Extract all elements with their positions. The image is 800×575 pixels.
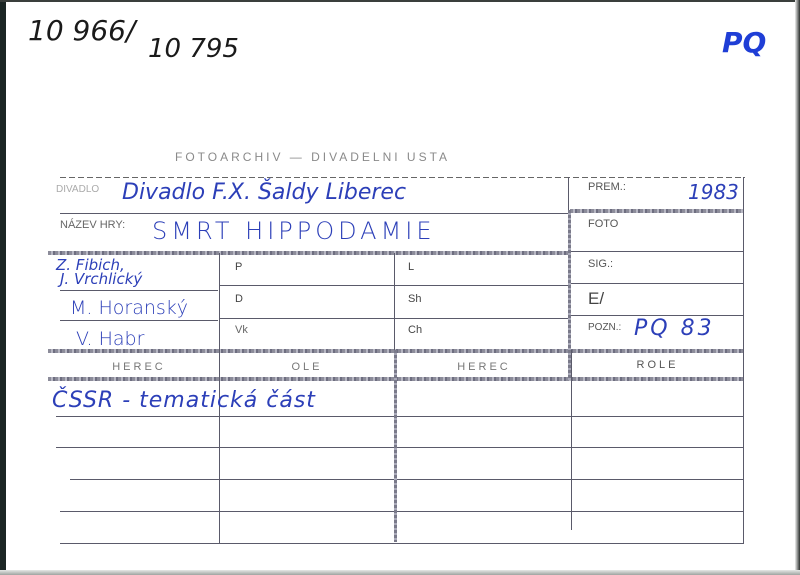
label-l: L: [408, 261, 414, 273]
label-sh: Sh: [408, 293, 421, 305]
table-right-divider: [571, 350, 572, 530]
prem-label: PREM.:: [588, 181, 626, 193]
nazev-value: SMRT HIPPODAMIE: [152, 217, 436, 245]
table-row-line-2: [56, 447, 744, 448]
mid-divider: [394, 253, 395, 350]
divadlo-row-line: [60, 213, 568, 214]
prem-left-divider: [568, 177, 569, 213]
label-vk: Vk: [235, 324, 248, 336]
corner-code: PQ: [722, 26, 766, 59]
credit-row-line-1: [60, 290, 218, 291]
pozn-label: POZN.:: [588, 322, 621, 333]
table-header-herec-2: HEREC: [397, 361, 571, 373]
label-p: P: [235, 261, 242, 273]
table-row-line-4: [60, 511, 744, 512]
table-bottom-line: [60, 543, 744, 544]
credit-author: J. Vrchlický: [60, 270, 142, 288]
inventory-number-1: 10 966/: [28, 14, 135, 47]
table-row-line-3: [70, 479, 744, 480]
table-header-role-2: ROLE: [572, 359, 743, 371]
table-center-divider: [394, 350, 397, 542]
label-ch: Ch: [408, 324, 422, 336]
foto-label: FOTO: [588, 218, 618, 230]
label-d: D: [235, 293, 243, 305]
foto-row-line: [570, 251, 743, 252]
table-header-herec-1: HEREC: [60, 361, 218, 373]
nazev-row-line: [48, 251, 570, 255]
prem-row-line: [570, 209, 743, 213]
prem-value: 1983: [688, 180, 739, 204]
divadlo-label: DIVADLO: [56, 184, 99, 195]
scan-top-edge: [0, 0, 800, 2]
table-row-1-note: ČSSR - tematická část: [52, 388, 316, 413]
credit-director: M. Horanský: [70, 297, 188, 319]
card-top-line: [60, 177, 745, 178]
sig-label: SIG.:: [588, 258, 613, 270]
divadlo-value: Divadlo F.X. Šaldy Liberec: [122, 180, 406, 205]
table-header-role-1: OLE: [220, 361, 394, 373]
credit-row-line-2: [60, 320, 218, 321]
pozn-value: PQ 83: [634, 316, 715, 341]
credit-designer: V. Habr: [76, 328, 144, 350]
e-label: E/: [588, 289, 604, 309]
nazev-label: NÁZEV HRY:: [60, 219, 125, 231]
table-row-line-1: [56, 416, 744, 417]
archive-title: FOTOARCHIV — DIVADELNI USTA: [175, 150, 450, 164]
card-right-border: [743, 177, 744, 544]
scan-bottom-edge: [0, 570, 800, 575]
inventory-number-2: 10 795: [148, 34, 239, 64]
scan-left-edge: [0, 0, 6, 575]
sig-row-line: [570, 283, 743, 284]
scan-right-edge: [795, 0, 800, 575]
